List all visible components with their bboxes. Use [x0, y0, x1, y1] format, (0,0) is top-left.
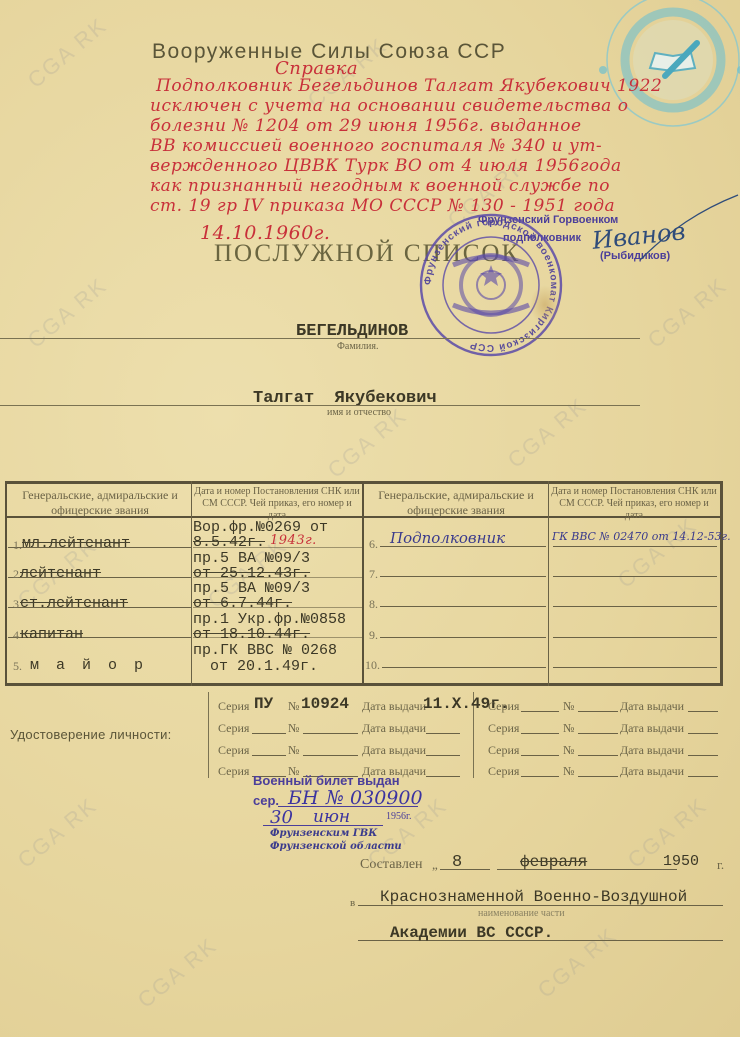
header-order-right: Дата и номер Постановления СНК или СМ СС…	[550, 486, 718, 522]
ticket-issued-label: Военный билет выдан	[253, 773, 400, 788]
row-number: 9.	[369, 628, 378, 643]
row-number: 8.	[369, 597, 378, 612]
date-correction: 1943г.	[270, 533, 317, 548]
number-label: №	[563, 699, 574, 714]
series-line	[252, 733, 286, 734]
date-label: Дата выдачи	[620, 743, 684, 758]
ticket-date-year: 1956г.	[386, 811, 411, 822]
date-line	[688, 711, 718, 712]
identity-entry: Серия № Дата выдачи	[488, 739, 728, 759]
series-line	[521, 755, 559, 756]
identity-entry: Серия № Дата выдачи	[218, 717, 468, 737]
compiled-month: февраля	[520, 853, 587, 871]
date-line	[688, 733, 718, 734]
date-line	[426, 733, 460, 734]
ticket-issuer-line1: Фрунзенским ГВК	[270, 828, 377, 839]
date-line	[426, 755, 460, 756]
order-value: ГК ВВС № 02470 от 14.12-53г.	[552, 530, 731, 543]
quote-mark: „	[432, 857, 438, 873]
identity-entry: Серия № Дата выдачи	[218, 739, 468, 759]
date-line	[688, 776, 718, 777]
table-bottom-border	[5, 683, 723, 686]
date-label: Дата выдачи	[620, 699, 684, 714]
row-number: 3	[13, 597, 19, 612]
table-center-divider	[362, 481, 364, 686]
compiled-label: Составлен	[360, 857, 423, 873]
rank-value: ст.лейтенант	[20, 595, 128, 612]
table-col-divider	[191, 481, 192, 686]
series-label: Серия	[488, 699, 519, 714]
date-line	[688, 755, 718, 756]
signature-stroke-icon	[640, 190, 740, 270]
series-label: Серия	[488, 743, 519, 758]
watermark: CGA RK	[23, 272, 113, 353]
row-line	[553, 546, 717, 547]
ticket-series-value: БН	[288, 787, 319, 809]
compiled-year: 1950	[663, 853, 699, 870]
unit-line2: Академии ВС СССР.	[390, 924, 553, 942]
row-line	[553, 576, 717, 577]
identity-entry: Серия ПУ № 10924 Дата выдачи 11.X.49г.	[218, 695, 468, 715]
ticket-issuer-line2: Фрунзенской области	[270, 841, 402, 852]
rank-value: лейтенант	[20, 565, 101, 582]
annotation-line: вержденного ЦВВК Турк ВО от 4 июля 1956г…	[150, 156, 730, 176]
order-line: от 20.1.49г.	[210, 658, 318, 675]
identity-entry: Серия № Дата выдачи	[488, 717, 728, 737]
row-line	[553, 606, 717, 607]
series-label: Серия	[488, 764, 519, 779]
date-label: Дата выдачи	[620, 721, 684, 736]
number-label: №	[563, 764, 574, 779]
number-label: №	[563, 743, 574, 758]
identity-brace	[208, 692, 209, 778]
ticket-date-line	[263, 825, 383, 826]
series-label: Серия	[218, 764, 249, 779]
series-line	[252, 755, 286, 756]
watermark: CGA RK	[13, 792, 103, 873]
identity-label: Удостоверение личности:	[10, 727, 172, 742]
table-top-border	[5, 481, 723, 484]
series-label: Серия	[218, 743, 249, 758]
military-ticket-stamp: Военный билет выдан сер. БН № 030900 30 …	[248, 773, 478, 853]
number-line	[578, 733, 618, 734]
date-label: Дата выдачи	[362, 743, 426, 758]
row-line	[553, 667, 717, 668]
number-line	[303, 733, 358, 734]
row-line	[553, 637, 717, 638]
compiled-day: 8	[452, 853, 462, 872]
date-label: Дата выдачи	[620, 764, 684, 779]
number-line	[578, 711, 618, 712]
identity-entry: Серия № Дата выдачи	[488, 760, 728, 780]
rank-value: Подполковник	[390, 529, 505, 547]
order-line: 8.5.42г.	[193, 534, 265, 551]
unit-label: наименование части	[478, 908, 565, 919]
header-ranks: Генеральские, адмиральские и офицерские …	[10, 488, 190, 518]
stain	[530, 285, 560, 325]
annotation-line: исключен с учета на основании свидетельс…	[150, 96, 730, 116]
rank-value: мл.лейтенант	[22, 535, 130, 552]
ticket-series-label: сер.	[253, 793, 279, 808]
row-line	[382, 667, 546, 668]
row-line	[380, 637, 546, 638]
number-line	[303, 755, 358, 756]
row-number: 10.	[365, 658, 380, 673]
watermark: CGA RK	[133, 932, 223, 1013]
ticket-number-value: № 030900	[326, 787, 423, 809]
row-number: 1.	[13, 538, 22, 553]
row-number: 2	[13, 567, 19, 582]
in-label: в	[350, 897, 355, 909]
table-right-border	[720, 481, 723, 686]
number-label: №	[288, 721, 299, 736]
date-label: Дата выдачи	[362, 721, 426, 736]
identity-entry: Серия № Дата выдачи	[488, 695, 728, 715]
watermark: CGA RK	[23, 12, 113, 93]
number-value: 10924	[301, 695, 349, 713]
row-number: 7.	[369, 567, 378, 582]
series-label: Серия	[488, 721, 519, 736]
header-order: Дата и номер Постановления СНК или СМ СС…	[193, 486, 361, 522]
surname-label: Фамилия.	[337, 341, 378, 352]
name-line	[0, 405, 640, 406]
table-col-divider	[548, 481, 549, 686]
watermark: CGA RK	[613, 512, 703, 593]
name-patronymic-label: имя и отчество	[327, 407, 391, 418]
row-number: 6.	[369, 537, 378, 552]
number-label: №	[563, 721, 574, 736]
rank-value: капитан	[20, 626, 83, 643]
date-label: Дата выдачи	[362, 699, 426, 714]
number-line	[578, 755, 618, 756]
day-line	[440, 869, 490, 870]
row-line	[380, 606, 546, 607]
order-line: пр.ГК ВВС № 0268	[193, 642, 337, 659]
ticket-date-month: июн	[313, 807, 350, 827]
series-line	[521, 711, 559, 712]
header-ranks-right: Генеральские, адмиральские и офицерские …	[366, 488, 546, 518]
unit-line1: Краснознаменной Военно-Воздушной	[380, 888, 687, 906]
rank-value: м а й о р	[30, 657, 147, 674]
order-line: от 6.7.44г.	[193, 595, 292, 612]
number-line	[578, 776, 618, 777]
annotation-line: болезни № 1204 от 29 июня 1956г. выданно…	[150, 116, 730, 136]
annotation-line: Подполковник Бегельдинов Талгат Якубеков…	[150, 76, 730, 96]
series-line	[521, 776, 559, 777]
series-label: Серия	[218, 699, 249, 714]
row-line	[380, 576, 546, 577]
series-line	[521, 733, 559, 734]
surname-line	[0, 338, 640, 339]
number-label: №	[288, 699, 299, 714]
row-number: 4	[13, 628, 19, 643]
series-label: Серия	[218, 721, 249, 736]
series-value: ПУ	[254, 695, 273, 713]
order-line: от 18.10.44г.	[193, 626, 310, 643]
number-label: №	[288, 743, 299, 758]
watermark: CGA RK	[643, 272, 733, 353]
row-number: 5.	[13, 659, 22, 674]
compiled-year-suffix: г.	[717, 857, 724, 873]
table-left-border	[5, 481, 7, 686]
annotation-line: ВВ комиссией военного госпиталя № 340 и …	[150, 136, 730, 156]
